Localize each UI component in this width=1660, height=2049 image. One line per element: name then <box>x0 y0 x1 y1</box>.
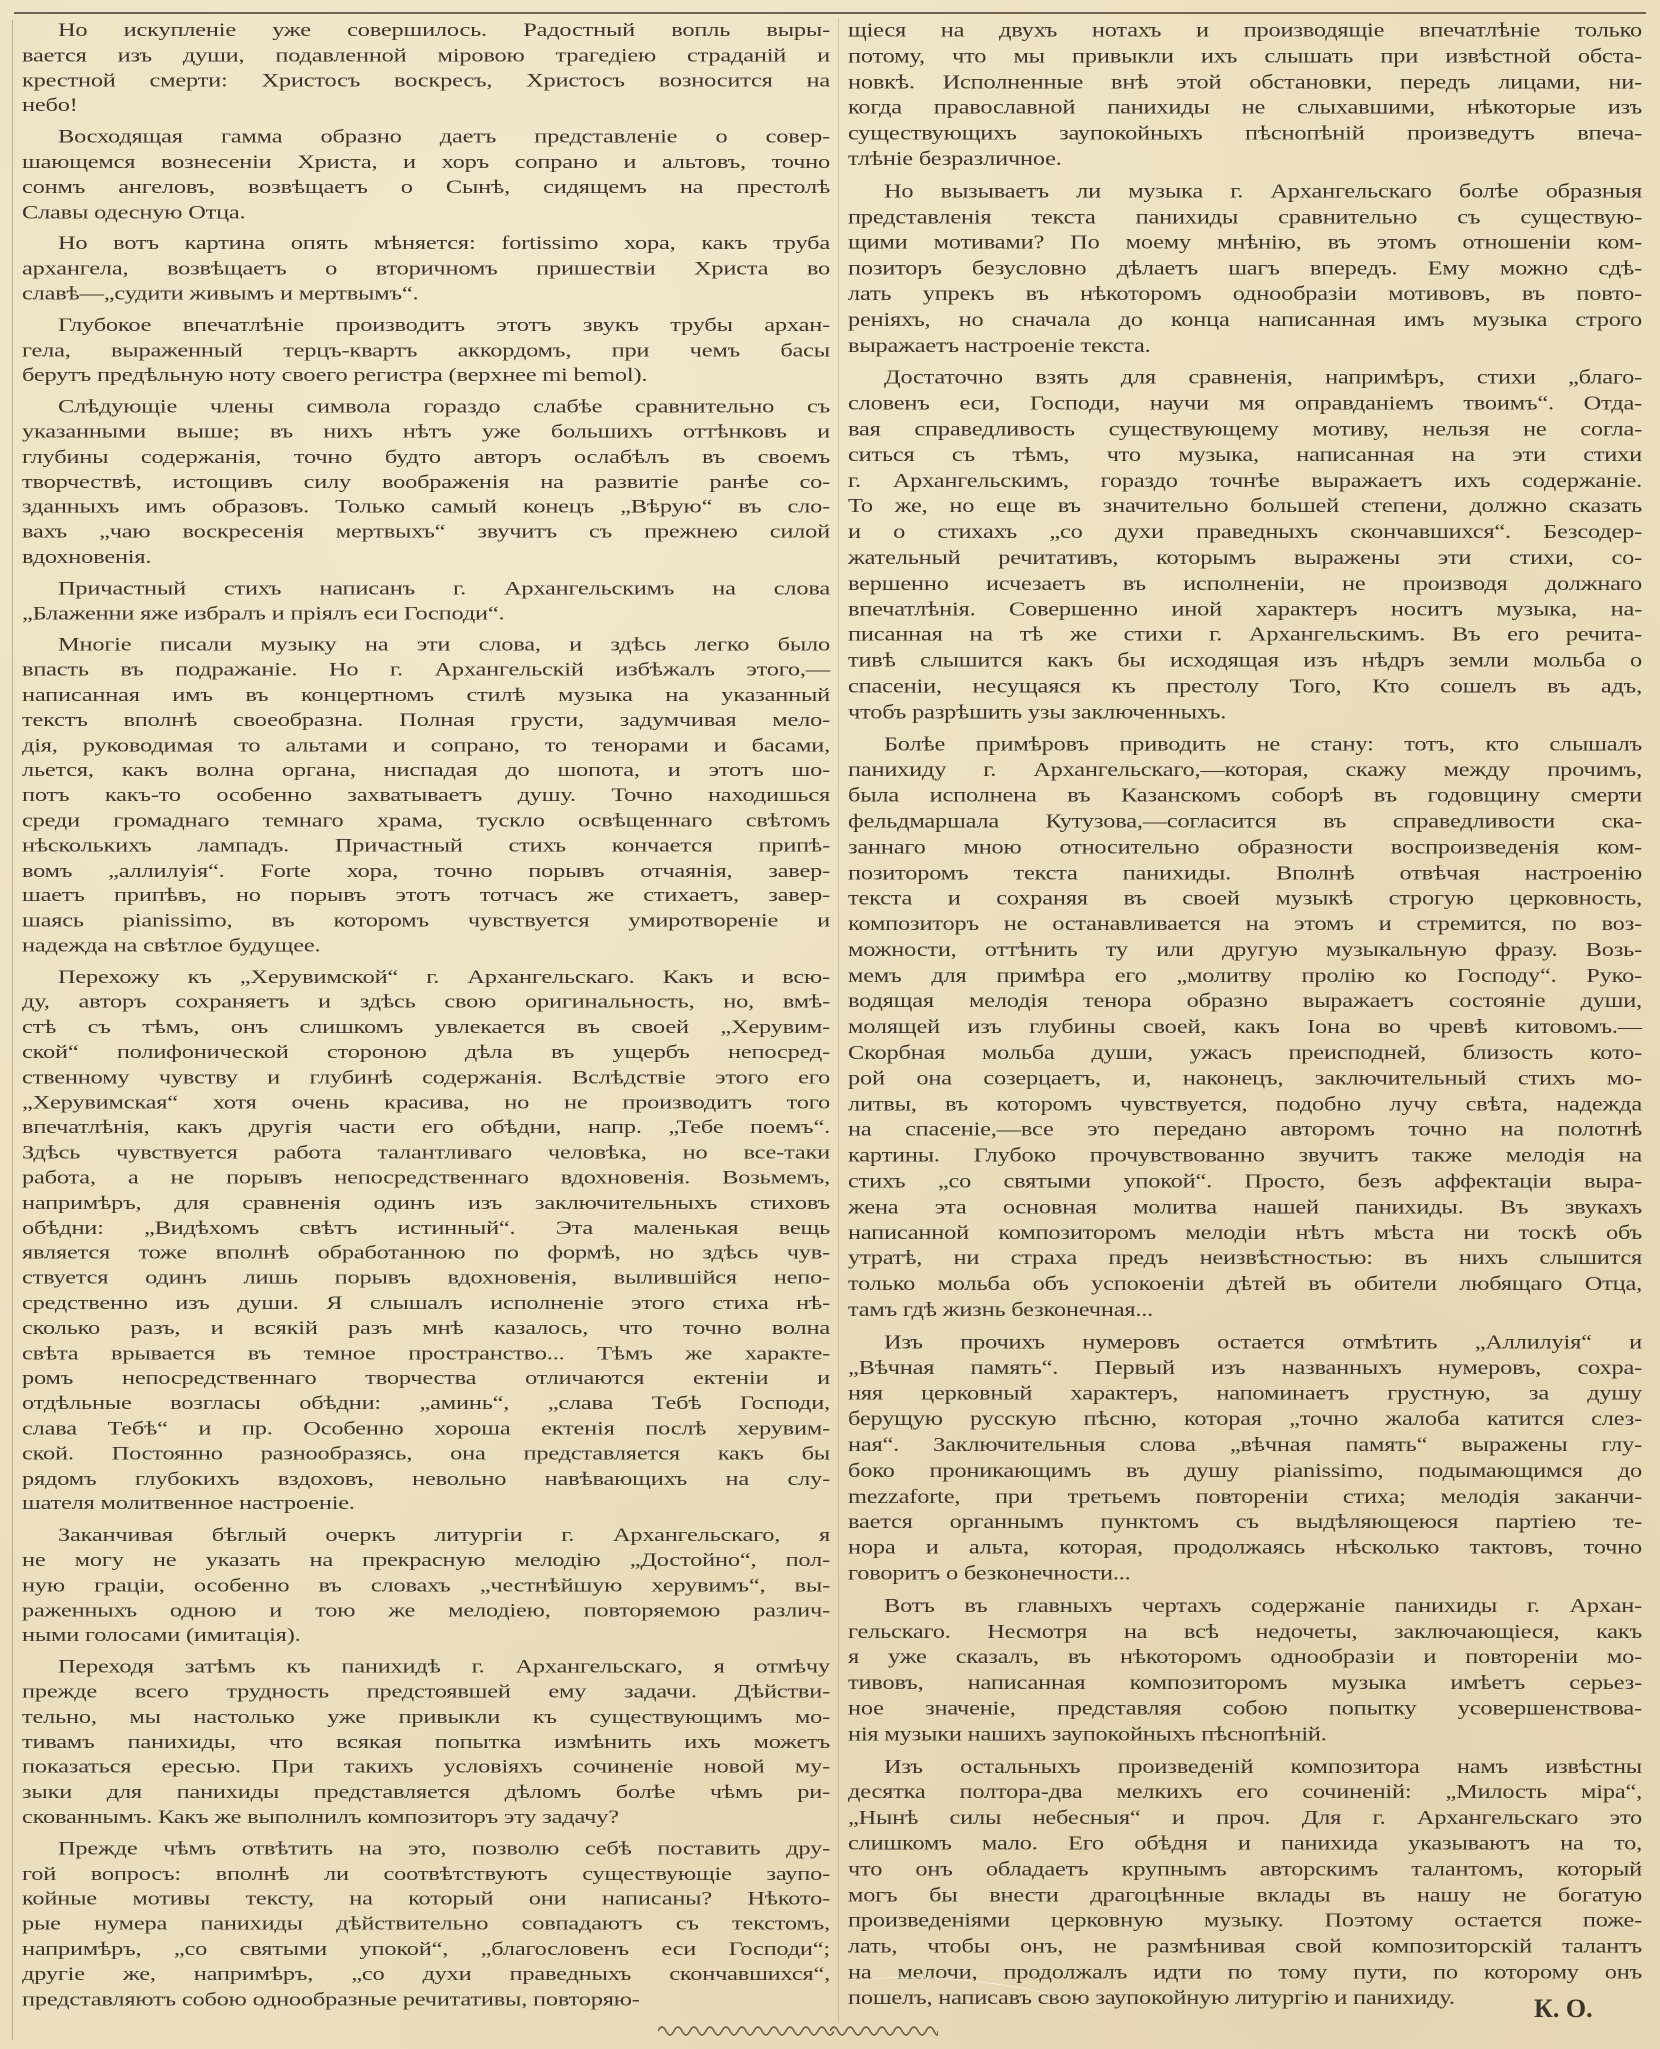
text-column-right: щіеся на двухъ нотахъ и производящіе впе… <box>848 18 1642 2018</box>
text-line: тивамъ панихиды, что всякая попытка измѣ… <box>22 1730 830 1755</box>
text-line: Славы одесную Отца. <box>22 200 830 225</box>
text-line: „Херувимская“ хотя очень красива, но не … <box>22 1090 830 1115</box>
text-line: десятка полтора-два мелкихъ его сочинені… <box>848 1780 1642 1806</box>
text-line: ное значеніе, представляя собою попытку … <box>848 1696 1642 1722</box>
text-line: текста и сохраняя въ своей музыкѣ строгу… <box>848 886 1642 912</box>
text-line: заннаго мною относительно образности вос… <box>848 835 1642 861</box>
paragraph: Восходящая гамма образно даетъ представл… <box>22 125 830 225</box>
text-line: позиторомъ текста панихиды. Вполнѣ отвѣч… <box>848 860 1642 886</box>
text-line: ственному чувству и глубинѣ содержанія. … <box>22 1065 830 1090</box>
text-line: гела, выраженный терцъ-квартъ аккордомъ,… <box>22 338 830 363</box>
paragraph: щіеся на двухъ нотахъ и производящіе впе… <box>848 18 1642 172</box>
text-line: потъ какъ-то особенно захватываетъ душу.… <box>22 783 830 808</box>
text-line: утратѣ, ни страха предъ неизвѣстностью: … <box>848 1246 1642 1272</box>
text-line: вершенно исчезаетъ въ исполненіи, не про… <box>848 571 1642 597</box>
text-line: написанной композиторомъ мелодіи нѣтъ мѣ… <box>848 1220 1642 1246</box>
text-line: ную граціи, особенно въ словахъ „честнѣй… <box>22 1573 830 1598</box>
text-line: ромъ непосредственнаго творчества отлича… <box>22 1366 830 1391</box>
text-line: славѣ—„судити живымъ и мертвымъ“. <box>22 281 830 306</box>
text-line: гельскаго. Несмотря на всѣ недочеты, зак… <box>848 1619 1642 1645</box>
text-line: представленія текста панихиды сравнитель… <box>848 204 1642 230</box>
text-line: Но вотъ картина опять мѣняется: fortissi… <box>22 231 830 256</box>
text-line: написанная имъ въ концертномъ стилѣ музы… <box>22 683 830 708</box>
paragraph: Заканчивая бѣглый очеркъ литургіи г. Арх… <box>22 1523 830 1648</box>
text-line: текстъ вполнѣ своеобразна. Полная грусти… <box>22 708 830 733</box>
text-line: впечатлѣнія, какъ другія части его обѣдн… <box>22 1115 830 1140</box>
text-line: г. Архангельскимъ, гораздо точнѣе выража… <box>848 468 1642 494</box>
paragraph: Болѣе примѣровъ приводить не стану: тотъ… <box>848 732 1642 1323</box>
text-line: жательный речитативъ, которымъ выражены … <box>848 545 1642 571</box>
text-line: литвы, въ которомъ чувствуется, подобно … <box>848 1092 1642 1118</box>
text-line: стѣ съ тѣмъ, онъ слишкомъ увлекается въ … <box>22 1015 830 1040</box>
paragraph: Вотъ въ главныхъ чертахъ содержаніе пани… <box>848 1593 1642 1747</box>
text-line: творчествѣ, истощивъ силу воображенія на… <box>22 470 830 495</box>
text-line: льется, какъ волна органа, ниспадая до ш… <box>22 758 830 783</box>
text-line: водящая мелодія тенора образно выражаетъ… <box>848 989 1642 1015</box>
text-line: могъ бы внести драгоцѣнные вклады въ наш… <box>848 1883 1642 1909</box>
text-line: глубины содержанія, точно будто авторъ о… <box>22 444 830 469</box>
text-line: спасеніи, несущаяся къ престолу Того, Кт… <box>848 674 1642 700</box>
text-line: прежде всего трудность предстоявшей ему … <box>22 1680 830 1705</box>
text-line: напримѣръ, „со святыми упокой“, „благосл… <box>22 1937 830 1962</box>
text-line: когда православной панихиды не слыхавшим… <box>848 95 1642 121</box>
paragraph: Изъ остальныхъ произведеній композитора … <box>848 1754 1642 2011</box>
text-line: шающемся вознесеніи Христа, и хоръ сопра… <box>22 150 830 175</box>
text-line: крестной смерти: Христосъ воскресъ, Хрис… <box>22 68 830 93</box>
text-line: Болѣе примѣровъ приводить не стану: тотъ… <box>848 732 1642 758</box>
text-line: вая справедливость существующему мотиву,… <box>848 417 1642 443</box>
text-line: рой она созерцаетъ, и, наконецъ, заключи… <box>848 1066 1642 1092</box>
text-line: молящей изъ глубины своей, какъ Іона во … <box>848 1015 1642 1041</box>
text-line: говоритъ о безконечности... <box>848 1561 1642 1587</box>
text-line: на спасеніе,—все это передано авторомъ т… <box>848 1117 1642 1143</box>
text-line: тлѣніе безразличное. <box>848 147 1642 173</box>
paragraph: Прежде чѣмъ отвѣтить на это, позволю себ… <box>22 1836 830 2012</box>
text-line: сонмъ ангеловъ, возвѣщаетъ о Сынѣ, сидящ… <box>22 175 830 200</box>
text-line: ду, авторъ сохраняетъ и здѣсь свою ориги… <box>22 990 830 1015</box>
text-line: слишкомъ мало. Его обѣдня и панихида ука… <box>848 1831 1642 1857</box>
text-line: Здѣсь чувствуется работа талантливаго че… <box>22 1140 830 1165</box>
text-line: Изъ прочихъ нумеровъ остается отмѣтить „… <box>848 1330 1642 1356</box>
paragraph: Но вызываетъ ли музыка г. Архангельскаго… <box>848 179 1642 359</box>
paragraph: Слѣдующіе члены символа гораздо слабѣе с… <box>22 394 830 570</box>
text-line: тельно, мы настолько уже привыкли къ сущ… <box>22 1705 830 1730</box>
text-line: шателя молитвенное настроеніе. <box>22 1491 830 1516</box>
text-line: Изъ остальныхъ произведеній композитора … <box>848 1754 1642 1780</box>
text-line: выражаетъ настроеніе текста. <box>848 333 1642 359</box>
column-divider <box>838 18 839 2023</box>
text-line: Многіе писали музыку на эти слова, и здѣ… <box>22 633 830 658</box>
text-line: только мольба объ успокоеніи дѣтей въ об… <box>848 1272 1642 1298</box>
text-line: Слѣдующіе члены символа гораздо слабѣе с… <box>22 394 830 419</box>
text-line: была исполнена въ Казанскомъ соборѣ въ г… <box>848 783 1642 809</box>
text-line: берутъ предѣльную ноту своего регистра (… <box>22 363 830 388</box>
text-line: стихъ „со святыми упокой“. Просто, безъ … <box>848 1169 1642 1195</box>
paragraph: Но вотъ картина опять мѣняется: fortissi… <box>22 231 830 306</box>
text-line: среди громаднаго темнаго храма, тускло о… <box>22 808 830 833</box>
text-line: „Вѣчная память“. Первый изъ названныхъ н… <box>848 1355 1642 1381</box>
text-line: ная“. Заключительныя слова „вѣчная памят… <box>848 1432 1642 1458</box>
text-line: дія, руководимая то альтами и сопрано, т… <box>22 733 830 758</box>
text-line: фельдмаршала Кутузова,—согласится въ спр… <box>848 809 1642 835</box>
text-line: панихиду г. Архангельскаго,—которая, ска… <box>848 757 1642 783</box>
text-line: Заканчивая бѣглый очеркъ литургіи г. Арх… <box>22 1523 830 1548</box>
end-ornament-squiggle <box>658 2022 834 2036</box>
text-line: шаетъ припѣвъ, но порывъ этотъ тотчасъ ж… <box>22 883 830 908</box>
text-line: Скорбная мольба души, ужасъ преисподней,… <box>848 1040 1642 1066</box>
top-rule <box>14 12 1646 14</box>
text-line: рые нумера панихиды дѣйствительно совпад… <box>22 1912 830 1937</box>
paragraph: Достаточно взять для сравненія, напримѣр… <box>848 365 1642 725</box>
text-line: ствуется одинъ лишь порывъ вдохновенія, … <box>22 1266 830 1291</box>
text-line: зыки для панихиды представляется дѣломъ … <box>22 1780 830 1805</box>
text-line: писанная на тѣ же стихи г. Архангельским… <box>848 622 1642 648</box>
text-line: реніяхъ, но сначала до конца написанная … <box>848 307 1642 333</box>
text-line: тивовъ, написанная композиторомъ музыка … <box>848 1670 1642 1696</box>
text-line: не могу не указать на прекрасную мелодію… <box>22 1548 830 1573</box>
text-line: ской. Постоянно разнообразясь, она предс… <box>22 1441 830 1466</box>
text-line: архангела, возвѣщаетъ о вторичномъ прише… <box>22 256 830 281</box>
text-line: представляютъ собою однообразные речитат… <box>22 1987 830 2012</box>
paragraph: Причастный стихъ написанъ г. Архангельск… <box>22 576 830 626</box>
text-line: надежда на свѣтлое будущее. <box>22 933 830 958</box>
text-line: Вотъ въ главныхъ чертахъ содержаніе пани… <box>848 1593 1642 1619</box>
newspaper-page: Но искупленіе уже совершилось. Радостный… <box>0 0 1660 2049</box>
text-line: свѣта врывается въ темное пространство..… <box>22 1341 830 1366</box>
paragraph: Переходя затѣмъ къ панихидѣ г. Архангель… <box>22 1655 830 1831</box>
paragraph: Изъ прочихъ нумеровъ остается отмѣтить „… <box>848 1330 1642 1587</box>
text-line: вается органнымъ пунктомъ съ выдѣляющеюс… <box>848 1510 1642 1536</box>
text-line: Переходя затѣмъ къ панихидѣ г. Архангель… <box>22 1655 830 1680</box>
text-line: другіе же, напримѣръ, „со духи праведных… <box>22 1962 830 1987</box>
text-line: шаясь pianissimo, въ которомъ чувствуетс… <box>22 908 830 933</box>
text-line: можности, оттѣнить ту или другую музыкал… <box>848 937 1642 963</box>
text-line: нѣсколькихъ лампадъ. Причастный стихъ ко… <box>22 833 830 858</box>
text-line: Достаточно взять для сравненія, напримѣр… <box>848 365 1642 391</box>
text-line: новкѣ. Исполненные внѣ этой обстановки, … <box>848 69 1642 95</box>
text-line: я уже сказалъ, въ нѣкоторомъ однообразіи… <box>848 1645 1642 1671</box>
text-line: То же, но еще въ значительно большей сте… <box>848 494 1642 520</box>
text-line: впечатлѣнія. Совершенно иной характеръ н… <box>848 597 1642 623</box>
text-line: сколько разъ, и всякій разъ мнѣ казалось… <box>22 1316 830 1341</box>
text-line: вахъ „чаю воскресенія мертвыхъ“ звучитъ … <box>22 520 830 545</box>
text-line: ской“ полифонической стороною дѣла въ ущ… <box>22 1040 830 1065</box>
paragraph: Глубокое впечатлѣніе производитъ этотъ з… <box>22 313 830 388</box>
text-line: потому, что мы привыкли ихъ слышать при … <box>848 44 1642 70</box>
text-line: няя церковный характеръ, напоминаетъ гру… <box>848 1381 1642 1407</box>
text-line: „Нынѣ силы небесныя“ и проч. Для г. Арха… <box>848 1805 1642 1831</box>
text-line: вается изъ души, подавленной міровою тра… <box>22 43 830 68</box>
text-line: Причастный стихъ написанъ г. Архангельск… <box>22 576 830 601</box>
text-line: Восходящая гамма образно даетъ представл… <box>22 125 830 150</box>
text-line: гой вопросъ: вполнѣ ли соотвѣтствуютъ су… <box>22 1861 830 1886</box>
text-line: берущую русскую пѣсню, которая „точно жа… <box>848 1407 1642 1433</box>
text-line: произведеніями церковную музыку. Поэтому… <box>848 1908 1642 1934</box>
text-line: mezzaforte, при третьемъ повтореніи стих… <box>848 1484 1642 1510</box>
text-line: чтобъ разрѣшить узы заключенныхъ. <box>848 700 1642 726</box>
text-line: щими мотивами? По моему мнѣнію, въ этомъ… <box>848 230 1642 256</box>
text-line: обѣдни: „Видѣхомъ свѣтъ истинный“. Эта м… <box>22 1216 830 1241</box>
text-line: слава Тебѣ“ и пр. Особенно хороша ектені… <box>22 1416 830 1441</box>
text-line: средственно изъ души. Я слышалъ исполнен… <box>22 1291 830 1316</box>
text-line: тивѣ слышится какъ бы исходящая изъ нѣдр… <box>848 648 1642 674</box>
text-line: ситься съ тѣмъ, что музыка, написанная н… <box>848 442 1642 468</box>
text-line: боко проникающимъ въ душу pianissimo, по… <box>848 1458 1642 1484</box>
text-line: Перехожу къ „Херувимской“ г. Архангельск… <box>22 965 830 990</box>
text-line: мемъ для примѣра его „молитву пролію ко … <box>848 963 1642 989</box>
text-line: лать, чтобы онъ, не размѣнивая свой комп… <box>848 1934 1642 1960</box>
paragraph: Перехожу къ „Херувимской“ г. Архангельск… <box>22 965 830 1517</box>
text-line: показаться ересью. При такихъ условіяхъ … <box>22 1755 830 1780</box>
text-line: раженныхъ одною и тою же мелодіею, повто… <box>22 1598 830 1623</box>
paragraph: Но искупленіе уже совершилось. Радостный… <box>22 18 830 118</box>
text-line: является тоже вполнѣ обработанною по фор… <box>22 1241 830 1266</box>
text-line: вдохновенія. <box>22 545 830 570</box>
text-line: указанными выше; въ нихъ нѣтъ уже больши… <box>22 419 830 444</box>
paragraph: Многіе писали музыку на эти слова, и здѣ… <box>22 633 830 959</box>
text-line: картины. Глубоко прочувствованно звучитъ… <box>848 1143 1642 1169</box>
text-line: композиторъ не останавливается на этомъ … <box>848 912 1642 938</box>
text-line: нія музыки нашихъ заупокойныхъ пѣснопѣні… <box>848 1722 1642 1748</box>
author-signature: К. О. <box>1534 1994 1593 2024</box>
text-line: нора и альта, которая, продолжаясь нѣско… <box>848 1535 1642 1561</box>
text-line: впасть въ подражаніе. Но г. Архангельскі… <box>22 658 830 683</box>
text-line: существующихъ заупокойныхъ пѣснопѣній пр… <box>848 121 1642 147</box>
text-line: „Блаженни яже избралъ и пріялъ еси Госпо… <box>22 601 830 626</box>
page-edge-line <box>12 20 13 2040</box>
text-column-left: Но искупленіе уже совершилось. Радостный… <box>22 18 830 2018</box>
text-line: отдѣльные возгласы обѣдни: „аминь“, „сла… <box>22 1391 830 1416</box>
text-line: ными голосами (имитація). <box>22 1623 830 1648</box>
text-line: лать упрекъ въ нѣкоторомъ однообразіи мо… <box>848 282 1642 308</box>
text-line: Прежде чѣмъ отвѣтить на это, позволю себ… <box>22 1836 830 1861</box>
text-line: небо! <box>22 93 830 118</box>
text-line: вомъ „аллилуія“. Forte хора, точно порыв… <box>22 858 830 883</box>
text-line: скованнымъ. Какъ же выполнилъ композитор… <box>22 1805 830 1830</box>
text-line: Но искупленіе уже совершилось. Радостный… <box>22 18 830 43</box>
text-line: что онъ обладаетъ крупнымъ авторскимъ та… <box>848 1857 1642 1883</box>
text-line: жена эта основная молитва нашей панихиды… <box>848 1195 1642 1221</box>
text-line: зданныхъ имъ образовъ. Только самый коне… <box>22 495 830 520</box>
text-line: позиторъ безусловно дѣлаетъ шагъ впередъ… <box>848 256 1642 282</box>
text-line: напримѣръ, для сравненія одинъ изъ заклю… <box>22 1191 830 1216</box>
text-line: Глубокое впечатлѣніе производитъ этотъ з… <box>22 313 830 338</box>
text-line: рядомъ глубокихъ вздоховъ, невольно навѣ… <box>22 1466 830 1491</box>
text-line: и о стихахъ „со духи праведныхъ скончавш… <box>848 520 1642 546</box>
text-line: тамъ гдѣ жизнь безконечная... <box>848 1297 1642 1323</box>
text-line: Но вызываетъ ли музыка г. Архангельскаго… <box>848 179 1642 205</box>
text-line: щіеся на двухъ нотахъ и производящіе впе… <box>848 18 1642 44</box>
text-line: словенъ еси, Господи, научи мя оправдані… <box>848 391 1642 417</box>
text-line: работа, а не порывъ непосредственнаго вд… <box>22 1165 830 1190</box>
text-line: койные мотивы тексту, на который они нап… <box>22 1886 830 1911</box>
